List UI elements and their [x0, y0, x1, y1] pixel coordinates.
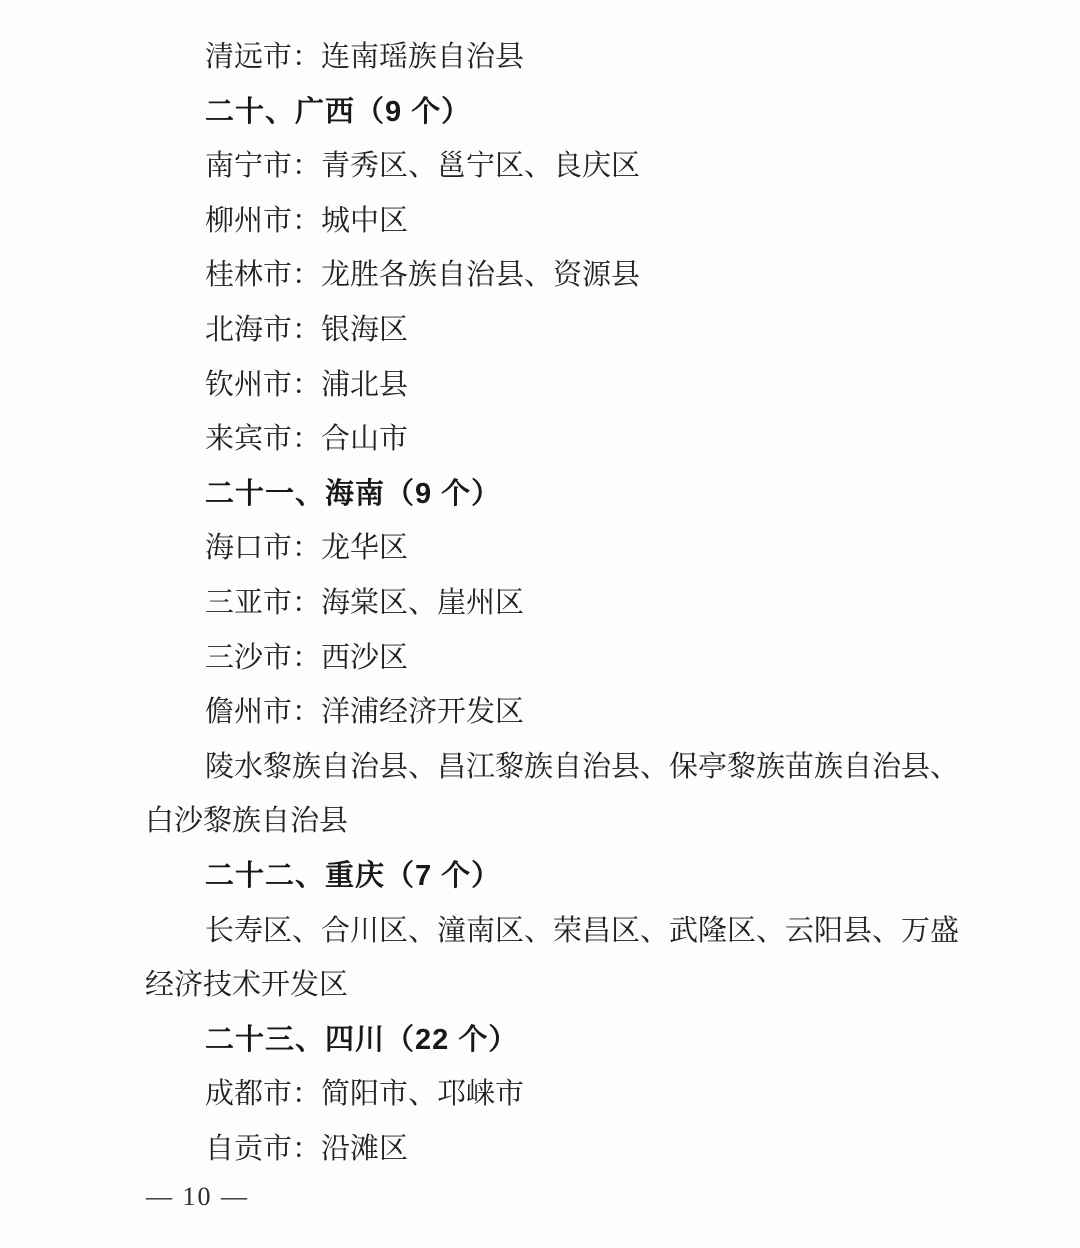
section-heading-hainan: 二十一、海南（9 个） [145, 467, 969, 522]
list-entry: 儋州市：洋浦经济开发区 [145, 685, 969, 740]
list-entry: 来宾市：合山市 [145, 412, 969, 467]
list-entry: 柳州市：城中区 [145, 194, 969, 249]
list-entry: 陵水黎族自治县、昌江黎族自治县、保亭黎族苗族自治县、 [145, 740, 969, 795]
list-entry: 北海市：银海区 [145, 303, 969, 358]
list-entry-continuation: 白沙黎族自治县 [145, 794, 969, 849]
list-entry: 长寿区、合川区、潼南区、荣昌区、武隆区、云阳县、万盛 [145, 904, 969, 959]
document-body: 清远市：连南瑶族自治县 二十、广西（9 个） 南宁市：青秀区、邕宁区、良庆区 柳… [145, 30, 969, 1176]
list-entry: 钦州市：浦北县 [145, 358, 969, 413]
list-entry: 桂林市：龙胜各族自治县、资源县 [145, 248, 969, 303]
list-entry: 成都市：简阳市、邛崃市 [145, 1067, 969, 1122]
list-entry: 清远市：连南瑶族自治县 [145, 30, 969, 85]
section-heading-chongqing: 二十二、重庆（7 个） [145, 849, 969, 904]
section-heading-sichuan: 二十三、四川（22 个） [145, 1013, 969, 1068]
list-entry: 三沙市：西沙区 [145, 631, 969, 686]
page-number: — 10 — [146, 1182, 249, 1212]
list-entry-continuation: 经济技术开发区 [145, 958, 969, 1013]
list-entry: 三亚市：海棠区、崖州区 [145, 576, 969, 631]
list-entry: 海口市：龙华区 [145, 521, 969, 576]
list-entry: 南宁市：青秀区、邕宁区、良庆区 [145, 139, 969, 194]
list-entry: 自贡市：沿滩区 [145, 1122, 969, 1177]
section-heading-guangxi: 二十、广西（9 个） [145, 85, 969, 140]
document-page: 清远市：连南瑶族自治县 二十、广西（9 个） 南宁市：青秀区、邕宁区、良庆区 柳… [0, 0, 1080, 1248]
